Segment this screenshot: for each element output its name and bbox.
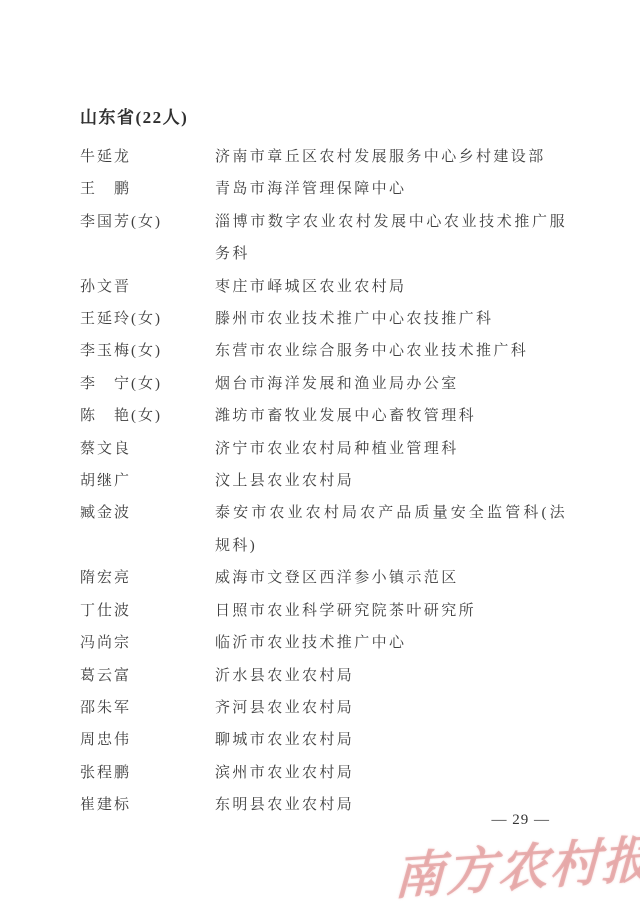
personnel-roster: 牛延龙 济南市章丘区农村发展服务中心乡村建设部 王 鹏 青岛市海洋管理保障中心 …	[80, 141, 570, 822]
person-organization: 滨州市农业农村局	[215, 757, 567, 789]
document-content: 山东省(22人) 牛延龙 济南市章丘区农村发展服务中心乡村建设部 王 鹏 青岛市…	[80, 103, 570, 822]
person-organization: 齐河县农业农村局	[215, 692, 567, 724]
person-organization: 汶上县农业农村局	[215, 465, 567, 497]
person-organization: 青岛市海洋管理保障中心	[215, 173, 567, 205]
person-organization: 临沂市农业技术推广中心	[215, 627, 567, 659]
person-organization: 日照市农业科学研究院茶叶研究所	[215, 595, 567, 627]
person-organization: 威海市文登区西洋参小镇示范区	[215, 562, 567, 594]
roster-row: 周忠伟 聊城市农业农村局	[80, 724, 570, 756]
person-organization: 枣庄市峄城区农业农村局	[215, 271, 567, 303]
roster-row: 王延玲(女) 滕州市农业技术推广中心农技推广科	[80, 303, 570, 335]
roster-row: 孙文晋 枣庄市峄城区农业农村局	[80, 271, 570, 303]
person-organization: 沂水县农业农村局	[215, 660, 567, 692]
province-section-header: 山东省(22人)	[80, 103, 570, 128]
roster-row: 冯尚宗 临沂市农业技术推广中心	[80, 627, 570, 659]
scanned-document-page: 山东省(22人) 牛延龙 济南市章丘区农村发展服务中心乡村建设部 王 鹏 青岛市…	[0, 0, 640, 905]
person-organization: 聊城市农业农村局	[215, 724, 567, 756]
person-organization: 烟台市海洋发展和渔业局办公室	[215, 368, 567, 400]
roster-row: 李玉梅(女) 东营市农业综合服务中心农业技术推广科	[80, 335, 570, 367]
person-name: 隋宏亮	[80, 562, 215, 594]
newspaper-watermark: 南方农村报	[393, 819, 640, 905]
person-name: 胡继广	[80, 465, 215, 497]
person-name: 丁仕波	[80, 595, 215, 627]
person-name: 李玉梅(女)	[80, 335, 215, 367]
roster-row: 李 宁(女) 烟台市海洋发展和渔业局办公室	[80, 368, 570, 400]
roster-row: 隋宏亮 威海市文登区西洋参小镇示范区	[80, 562, 570, 594]
person-organization: 潍坊市畜牧业发展中心畜牧管理科	[215, 400, 567, 432]
person-organization: 济宁市农业农村局种植业管理科	[215, 433, 567, 465]
person-name: 张程鹏	[80, 757, 215, 789]
roster-row: 王 鹏 青岛市海洋管理保障中心	[80, 173, 570, 205]
roster-row: 胡继广 汶上县农业农村局	[80, 465, 570, 497]
person-name: 崔建标	[80, 789, 215, 821]
person-name: 葛云富	[80, 660, 215, 692]
roster-row: 陈 艳(女) 潍坊市畜牧业发展中心畜牧管理科	[80, 400, 570, 432]
page-number: — 29 —	[492, 812, 551, 829]
person-name: 周忠伟	[80, 724, 215, 756]
person-name: 蔡文良	[80, 433, 215, 465]
person-name: 李国芳(女)	[80, 206, 215, 238]
person-name: 邵朱军	[80, 692, 215, 724]
person-organization: 淄博市数字农业农村发展中心农业技术推广服务科	[215, 206, 567, 271]
person-name: 冯尚宗	[80, 627, 215, 659]
person-organization: 滕州市农业技术推广中心农技推广科	[215, 303, 567, 335]
roster-row: 葛云富 沂水县农业农村局	[80, 660, 570, 692]
person-organization: 济南市章丘区农村发展服务中心乡村建设部	[215, 141, 567, 173]
roster-row: 丁仕波 日照市农业科学研究院茶叶研究所	[80, 595, 570, 627]
person-name: 孙文晋	[80, 271, 215, 303]
roster-row: 邵朱军 齐河县农业农村局	[80, 692, 570, 724]
roster-row: 臧金波 泰安市农业农村局农产品质量安全监管科(法规科)	[80, 497, 570, 562]
roster-row: 张程鹏 滨州市农业农村局	[80, 757, 570, 789]
person-name: 王延玲(女)	[80, 303, 215, 335]
roster-row: 蔡文良 济宁市农业农村局种植业管理科	[80, 433, 570, 465]
person-name: 王 鹏	[80, 173, 215, 205]
person-name: 李 宁(女)	[80, 368, 215, 400]
roster-row: 李国芳(女) 淄博市数字农业农村发展中心农业技术推广服务科	[80, 206, 570, 271]
person-name: 陈 艳(女)	[80, 400, 215, 432]
person-organization: 泰安市农业农村局农产品质量安全监管科(法规科)	[215, 497, 567, 562]
person-name: 臧金波	[80, 497, 215, 529]
person-name: 牛延龙	[80, 141, 215, 173]
roster-row: 牛延龙 济南市章丘区农村发展服务中心乡村建设部	[80, 141, 570, 173]
person-organization: 东营市农业综合服务中心农业技术推广科	[215, 335, 567, 367]
